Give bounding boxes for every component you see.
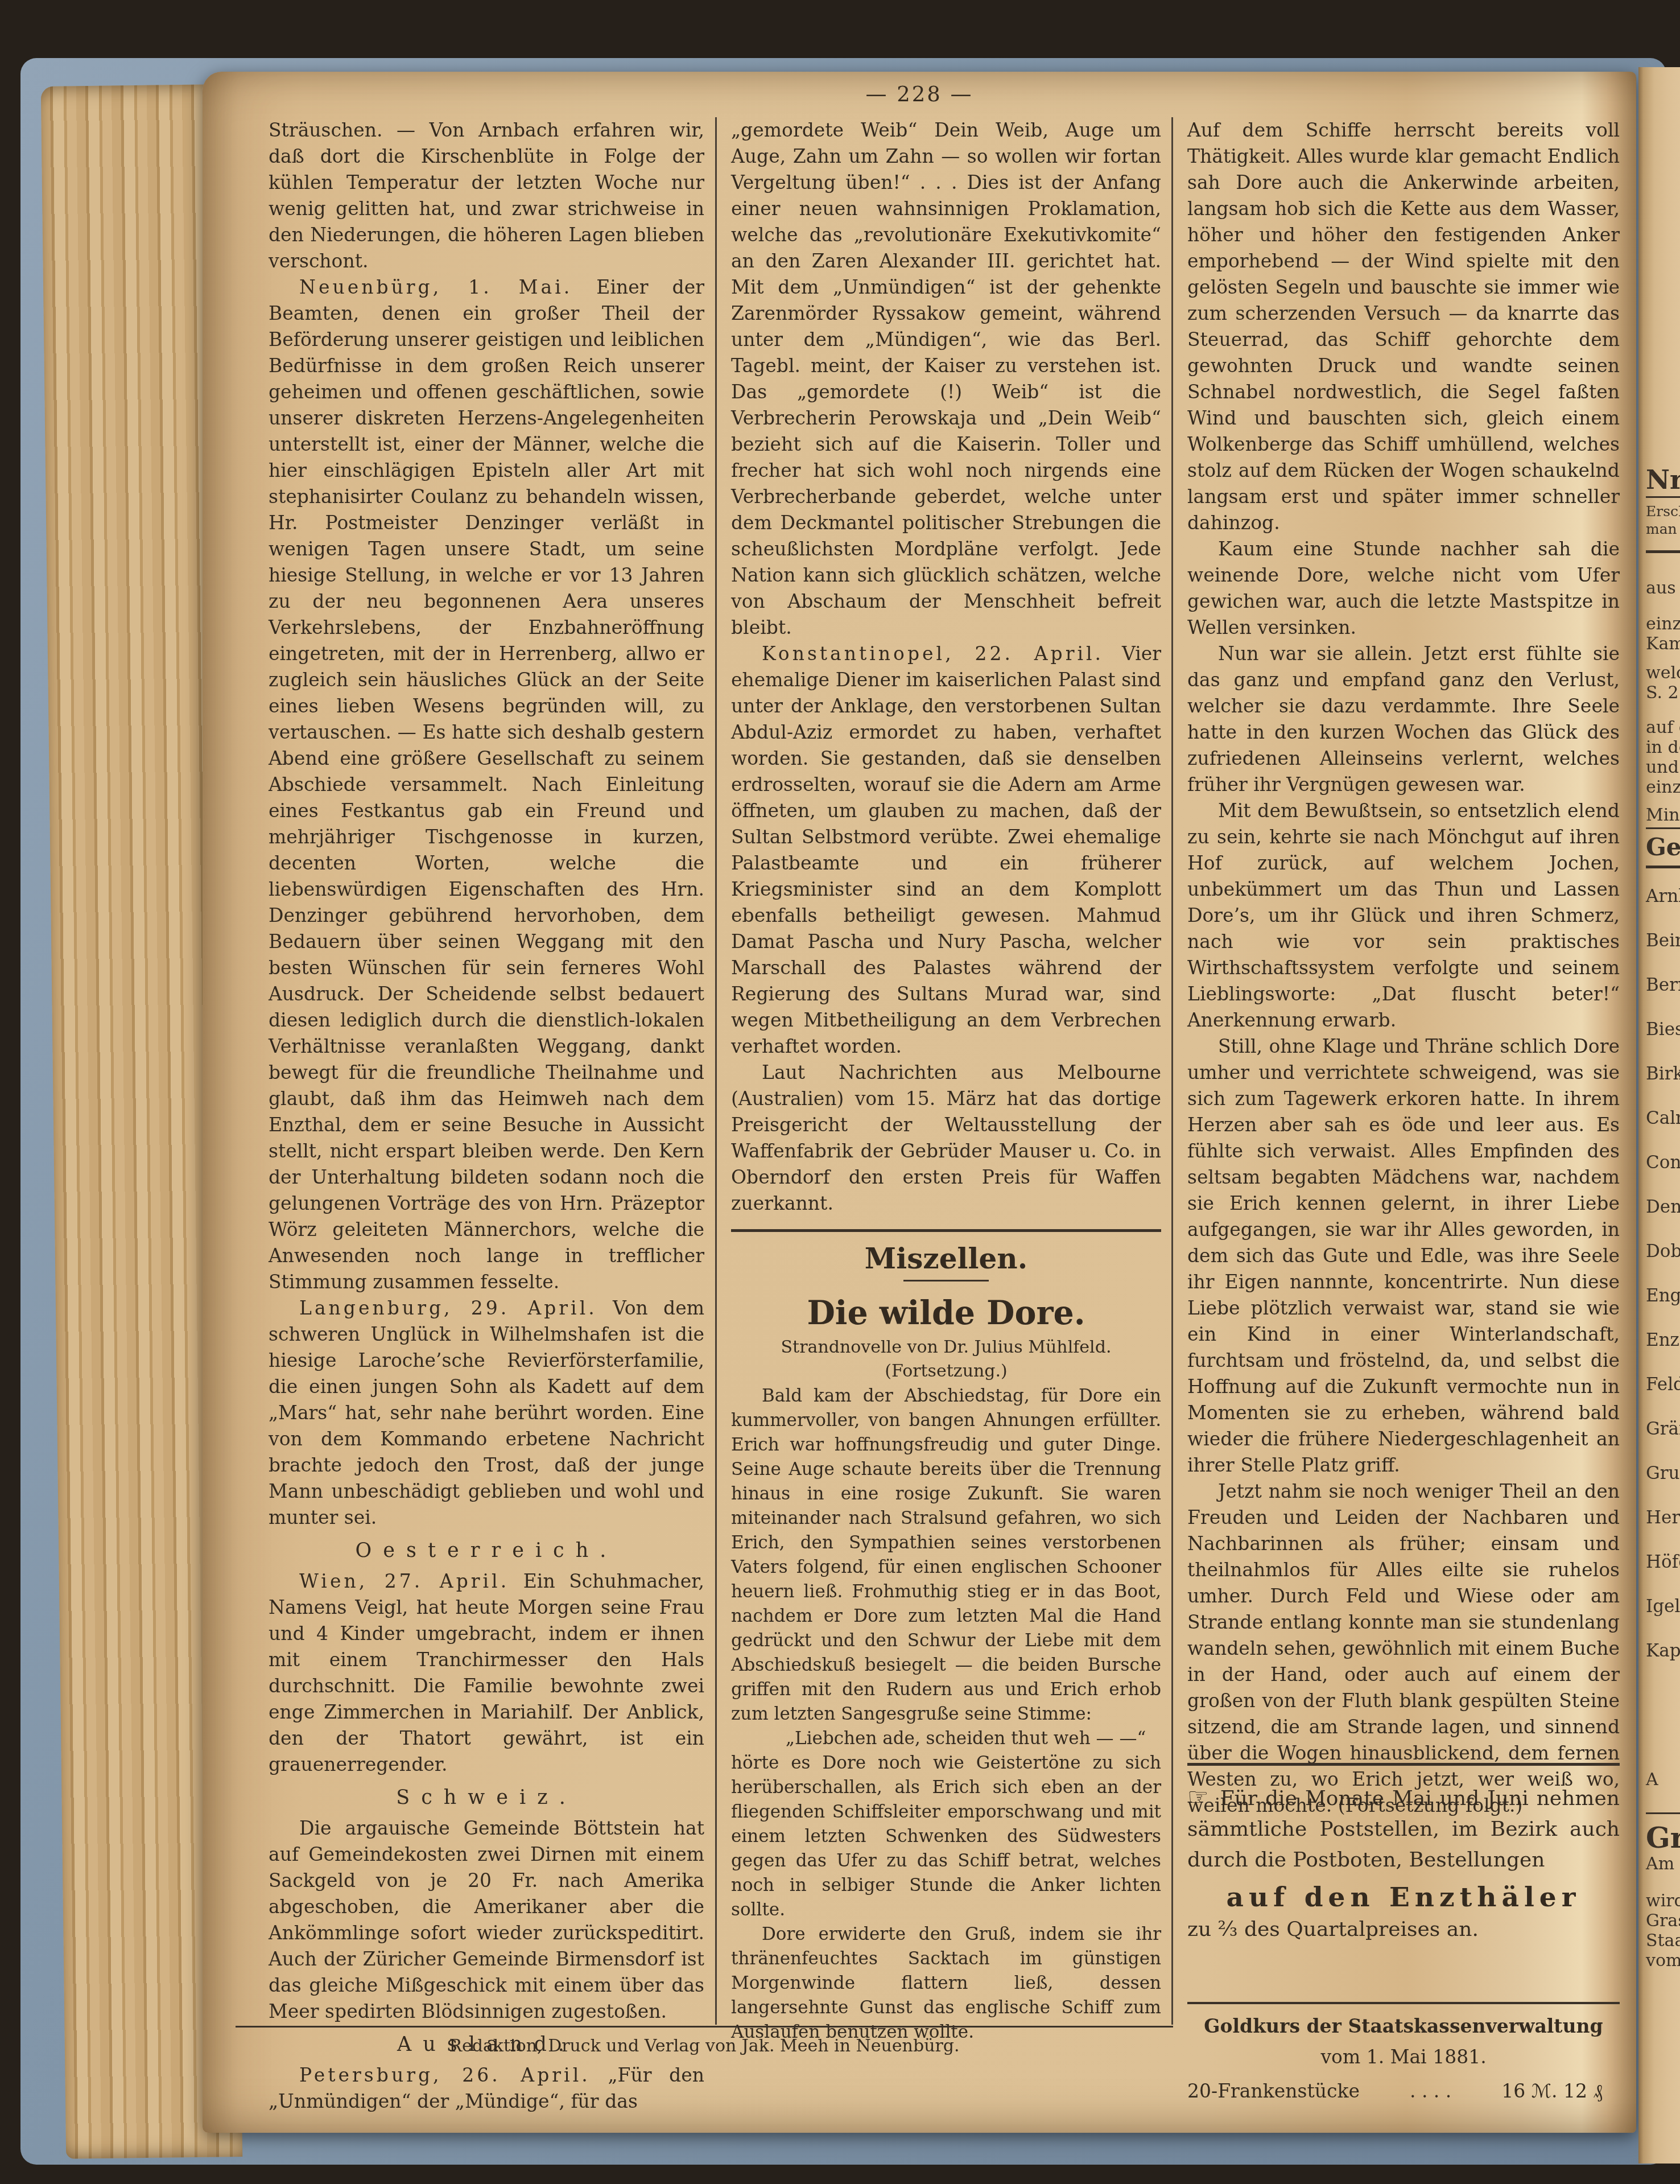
gold-rate-row: 20-Frankenstücke . . . . 16 ℳ. 12 ₰ <box>1187 2078 1620 2104</box>
s-village: Enzklö <box>1646 1318 1680 1362</box>
subscription-text: ☞Für die Monate Mai und Juni nehmen sämm… <box>1187 1782 1620 1876</box>
sub: Strandnovelle von Dr. Julius Mühlfeld. <box>731 1336 1161 1359</box>
s-frag: A <box>1646 1770 1680 1790</box>
imprint: Redaktion, Druck und Verlag von Jak. Mee… <box>236 2036 1173 2056</box>
s-village: Höfen <box>1646 1540 1680 1584</box>
s-frag: Staats <box>1646 1931 1680 1951</box>
s-village: Birken <box>1646 1052 1680 1096</box>
s-village: Feldre <box>1646 1362 1680 1407</box>
paragraph: Kaum eine Stunde nachher sah die weinend… <box>1187 536 1620 641</box>
price-line: zu ²⁄₃ des Quartalpreises an. <box>1187 1917 1620 1943</box>
s-village: Beinb <box>1646 918 1680 963</box>
paragraph: Still, ohne Klage und Thräne schlich Dor… <box>1187 1033 1620 1478</box>
paragraph: Bald kam der Abschiedstag, für Dore ein … <box>731 1384 1161 1726</box>
paragraph: Die argauische Gemeinde Böttstein hat au… <box>269 1815 704 2025</box>
paragraph: hörte es Dore noch wie Geistertöne zu si… <box>731 1751 1161 1922</box>
paragraph: Langenburg, 29. April. Von dem schweren … <box>269 1295 704 1531</box>
gold-rate-notice: Goldkurs der Staatskassenverwaltung vom … <box>1187 2002 1620 2104</box>
s-frag: welche <box>1646 663 1680 683</box>
pointing-hand-icon: ☞ <box>1187 1783 1220 1811</box>
s-village: Engels <box>1646 1274 1680 1318</box>
gold-value: 16 ℳ. 12 ₰ <box>1501 2078 1603 2104</box>
s-village: Biesels <box>1646 1007 1680 1052</box>
s-frag: S. 2 <box>1646 683 1680 703</box>
h1: Miszellen. <box>731 1242 1161 1275</box>
dateline: Petersburg, 26. April. <box>299 2064 591 2086</box>
s-frag: auf di <box>1646 718 1680 737</box>
gold-title: Goldkurs der Staatskassenverwaltung <box>1187 2013 1620 2039</box>
s-big: Gras <box>1646 1822 1680 1854</box>
s-tiny: man b <box>1646 520 1680 538</box>
book-photo: — 228 — Sträuschen. — Von Arnbach erfahr… <box>0 0 1680 2184</box>
rule-short <box>903 1280 989 1281</box>
s-village: Gräfen <box>1646 1407 1680 1451</box>
paragraph: Petersburg, 26. April. „Für den „Unmündi… <box>269 2062 704 2115</box>
imprint-rule <box>236 2026 1173 2028</box>
s-village: Dobel <box>1646 1229 1680 1274</box>
page-number: — 228 — <box>203 82 1636 106</box>
s-frag: wird a <box>1646 1891 1680 1911</box>
s-frag: Kame <box>1646 634 1680 654</box>
s-frag: in der <box>1646 737 1680 757</box>
paragraph: Auf dem Schiffe herrscht bereits voll Th… <box>1187 117 1620 536</box>
s-village: Herren <box>1646 1495 1680 1540</box>
dateline: Neuenbürg, 1. Mai. <box>299 276 572 298</box>
s-frag: vom Li <box>1646 1951 1680 1971</box>
gold-date: vom 1. Mai 1881. <box>1187 2044 1620 2070</box>
s-rule-b <box>1646 550 1680 553</box>
quote: „Liebchen ade, scheiden thut weh — —“ <box>731 1726 1161 1751</box>
gold-item: 20-Frankenstücke <box>1187 2078 1360 2104</box>
s-village: Igelslo <box>1646 1584 1680 1629</box>
paragraph: Neuenbürg, 1. Mai. Einer der Beamten, de… <box>269 274 704 1295</box>
paragraph: „gemordete Weib“ Dein Weib, Auge um Auge… <box>731 117 1161 641</box>
s-village: Denna <box>1646 1185 1680 1229</box>
dateline: Konstantinopel, 22. April. <box>762 642 1104 665</box>
s-rule <box>1646 1812 1680 1814</box>
paragraph: Sträuschen. — Von Arnbach erfahren wir, … <box>269 117 704 274</box>
s-frag: Gras <box>1646 1911 1680 1931</box>
column-2: „gemordete Weib“ Dein Weib, Auge um Auge… <box>731 117 1161 2045</box>
subscription-body: Für die Monate Mai und Juni nehmen sämmt… <box>1187 1787 1620 1872</box>
s-village: Conwe <box>1646 1140 1680 1185</box>
column-3: Auf dem Schiffe herrscht bereits voll Th… <box>1187 117 1620 2133</box>
s-frag: Minis <box>1646 805 1680 825</box>
column-divider-2 <box>1171 117 1173 2025</box>
s-frag: Am <box>1646 1854 1680 1874</box>
s-village: Calmb <box>1646 1096 1680 1140</box>
feuilleton-continuation: Auf dem Schiffe herrscht bereits voll Th… <box>1187 117 1620 1819</box>
s-village: Bernb <box>1646 963 1680 1007</box>
paragraph: Nun war sie allein. Jetzt erst fühlte si… <box>1187 641 1620 798</box>
s-frag: einzuli <box>1646 777 1680 797</box>
paragraph: Konstantinopel, 22. April. Vier ehemalig… <box>731 641 1161 1060</box>
s-head: Ge <box>1646 834 1680 861</box>
paper-title-line: auf den Enzthäler <box>1187 1885 1620 1911</box>
dateline: Langenburg, 29. April. <box>299 1297 597 1319</box>
s-frag: und G <box>1646 757 1680 777</box>
s-rule <box>1646 827 1680 829</box>
hc: Oesterreich. <box>269 1538 704 1564</box>
gold-rule <box>1187 2002 1620 2004</box>
s-village: Arnba <box>1646 874 1680 918</box>
gold-dots: . . . . <box>1410 2078 1451 2104</box>
s-rule <box>1646 496 1680 498</box>
paragraph: Laut Nachrichten aus Melbourne (Australi… <box>731 1060 1161 1217</box>
s-rule-b <box>1646 866 1680 868</box>
s-frag: aus <box>1646 578 1680 598</box>
hc: Schweiz. <box>269 1785 704 1811</box>
subscription-notice: ☞Für die Monate Mai und Juni nehmen sämm… <box>1187 1763 1620 1943</box>
dateline: Wien, 27. April. <box>299 1570 509 1592</box>
s-village: Grunb <box>1646 1451 1680 1495</box>
column-1: Sträuschen. — Von Arnbach erfahren wir, … <box>269 117 704 2115</box>
notice-rule <box>1187 1763 1620 1766</box>
next-page-edge: Nr.Erscheiman bauseinzelKamewelcheS. 2au… <box>1638 67 1680 2164</box>
s-nr: Nr. <box>1646 465 1680 494</box>
rule-thick <box>731 1229 1161 1232</box>
s-tiny: Erschei <box>1646 502 1680 520</box>
paragraph: Wien, 27. April. Ein Schuhmacher, Namens… <box>269 1568 704 1778</box>
s-village: Kapfen <box>1646 1629 1680 1673</box>
paragraph: Mit dem Bewußtsein, so entsetzlich elend… <box>1187 798 1620 1033</box>
sub: (Fortsetzung.) <box>731 1360 1161 1383</box>
newspaper-page: — 228 — Sträuschen. — Von Arnbach erfahr… <box>203 72 1636 2133</box>
s-frag: einzel <box>1646 614 1680 634</box>
column-divider-1 <box>715 117 717 2025</box>
h2: Die wilde Dore. <box>731 1295 1161 1332</box>
